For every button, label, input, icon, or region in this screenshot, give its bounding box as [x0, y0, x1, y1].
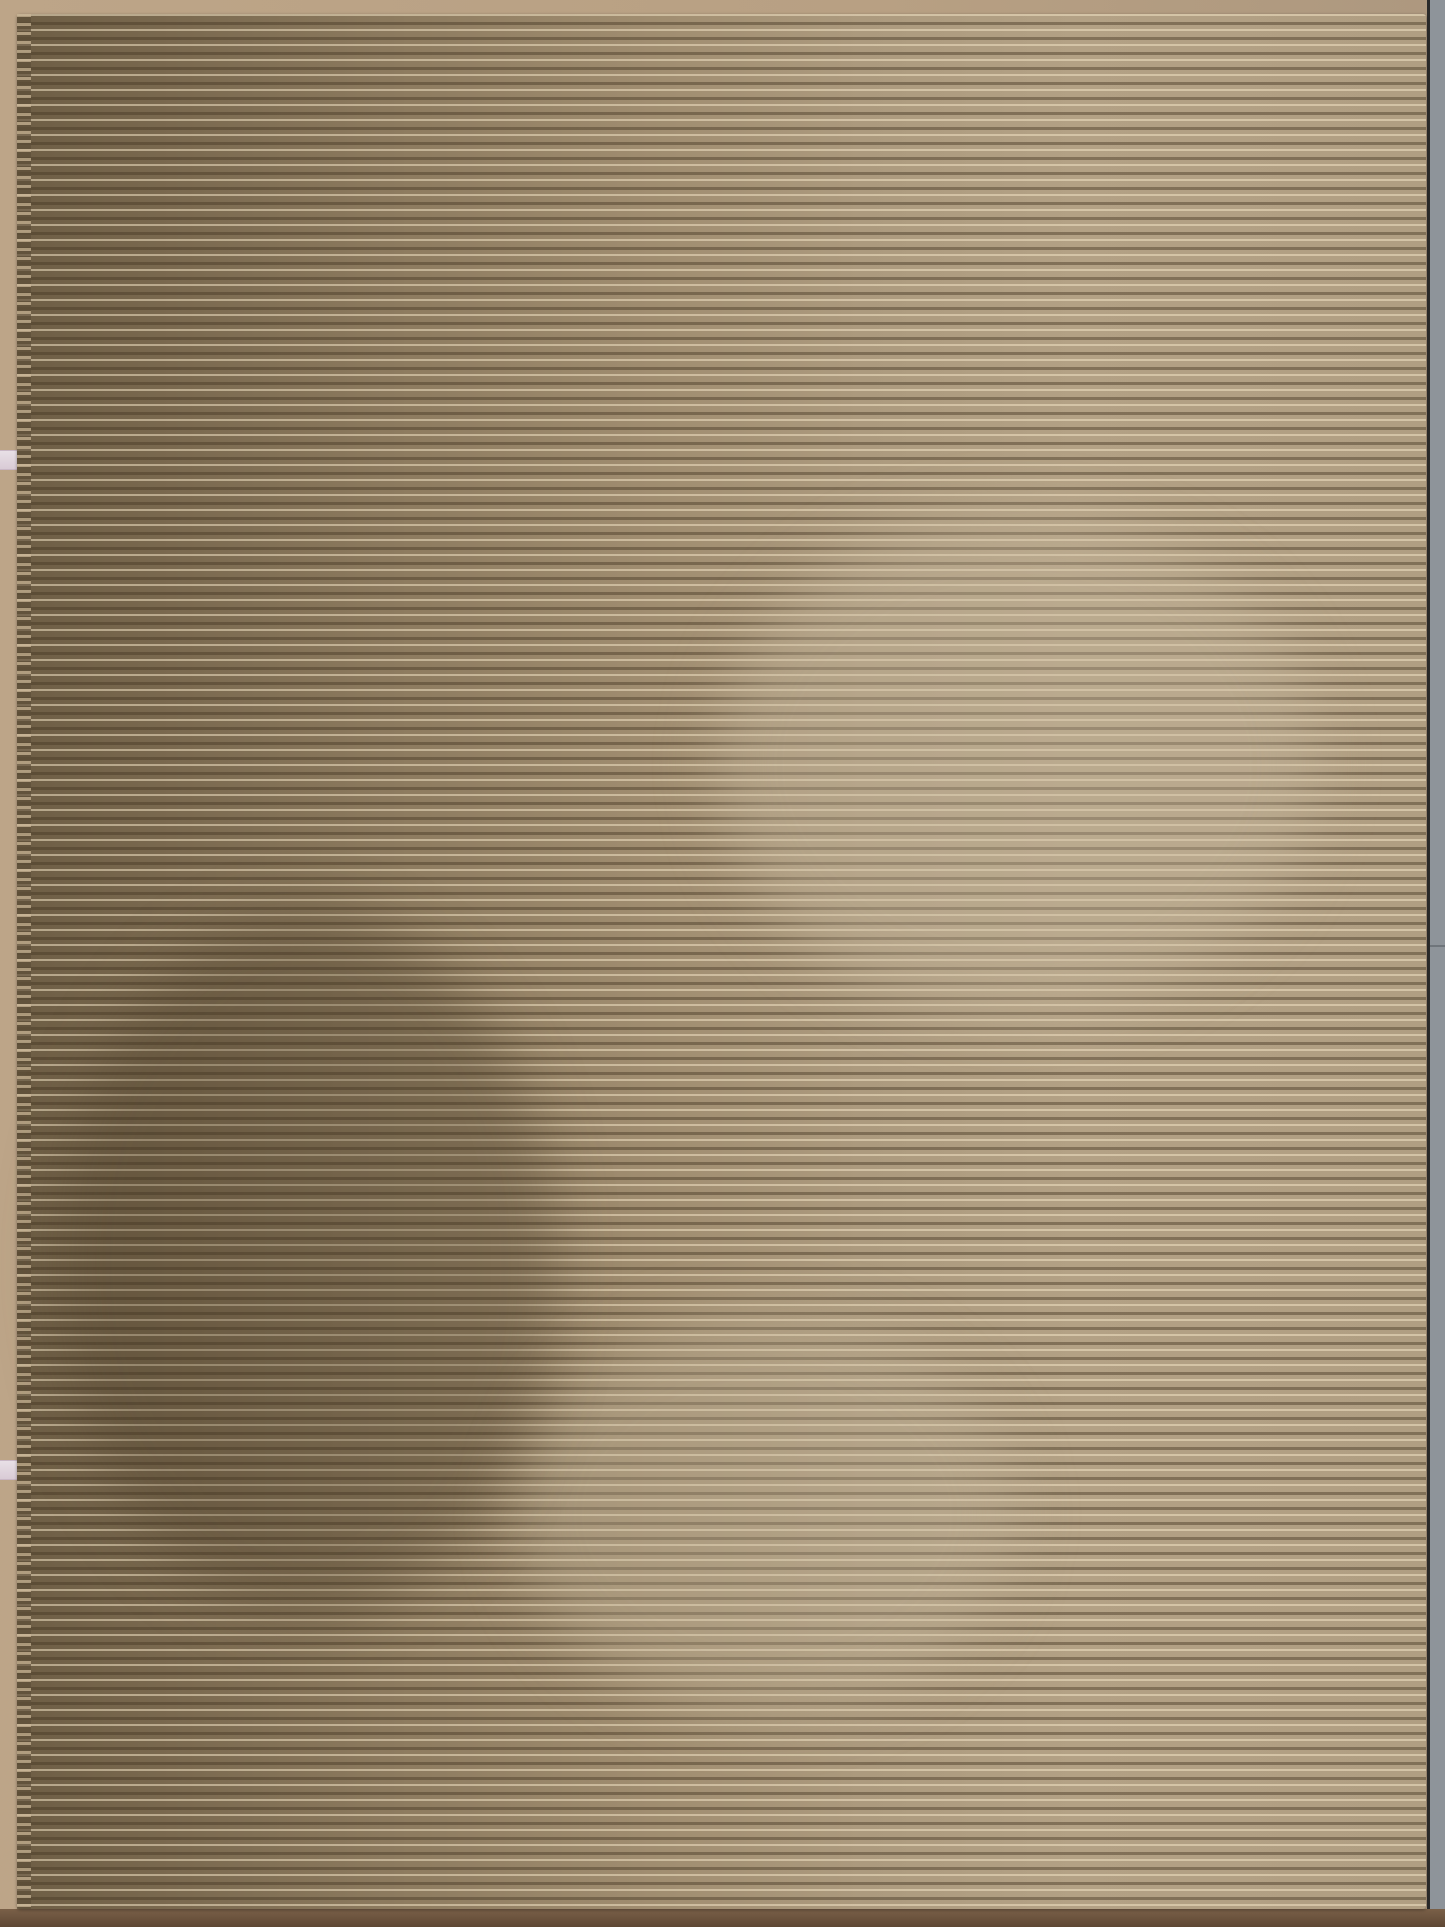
- label-tag: [0, 450, 18, 470]
- rug: [17, 14, 1426, 1909]
- rug-left-edge: [17, 14, 31, 1909]
- light-patch: [517, 1314, 1017, 1714]
- floor: [0, 1909, 1445, 1927]
- right-panel: [1427, 0, 1445, 1927]
- light-patch: [717, 514, 1317, 1014]
- label-tag: [0, 1460, 18, 1480]
- panel-seam: [1430, 945, 1445, 947]
- dark-patch: [57, 914, 557, 1614]
